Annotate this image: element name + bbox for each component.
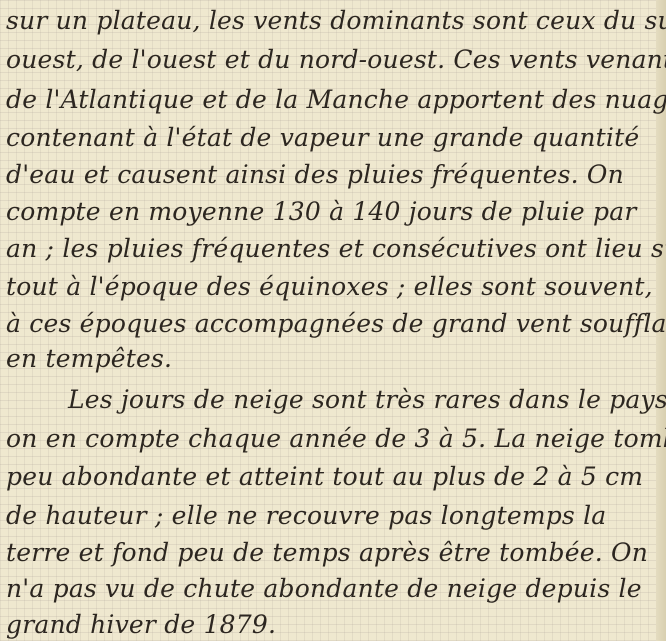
manuscript-line: sur un plateau, les vents dominants sont… bbox=[6, 6, 666, 35]
manuscript-line: grand hiver de 1879. bbox=[6, 610, 276, 639]
manuscript-line: on en compte chaque année de 3 à 5. La n… bbox=[6, 424, 666, 453]
manuscript-line: ouest, de l'ouest et du nord-ouest. Ces … bbox=[6, 45, 666, 74]
manuscript-line: tout à l'époque des équinoxes ; elles so… bbox=[6, 272, 653, 301]
manuscript-line: contenant à l'état de vapeur une grande … bbox=[6, 123, 639, 152]
manuscript-line: compte en moyenne 130 à 140 jours de plu… bbox=[6, 197, 636, 226]
manuscript-line: an ; les pluies fréquentes et consécutiv… bbox=[6, 234, 666, 263]
manuscript-line: de l'Atlantique et de la Manche apporten… bbox=[6, 85, 666, 114]
manuscript-line: n'a pas vu de chute abondante de neige d… bbox=[6, 574, 642, 603]
manuscript-line: en tempêtes. bbox=[6, 344, 172, 373]
manuscript-line: à ces époques accompagnées de grand vent… bbox=[6, 309, 666, 338]
paragraph-start-line: Les jours de neige sont très rares dans … bbox=[68, 385, 666, 414]
manuscript-line: peu abondante et atteint tout au plus de… bbox=[6, 462, 643, 491]
manuscript-line: de hauteur ; elle ne recouvre pas longte… bbox=[6, 501, 606, 530]
manuscript-line: d'eau et causent ainsi des pluies fréque… bbox=[6, 160, 624, 189]
manuscript-line: terre et fond peu de temps après être to… bbox=[6, 538, 648, 567]
